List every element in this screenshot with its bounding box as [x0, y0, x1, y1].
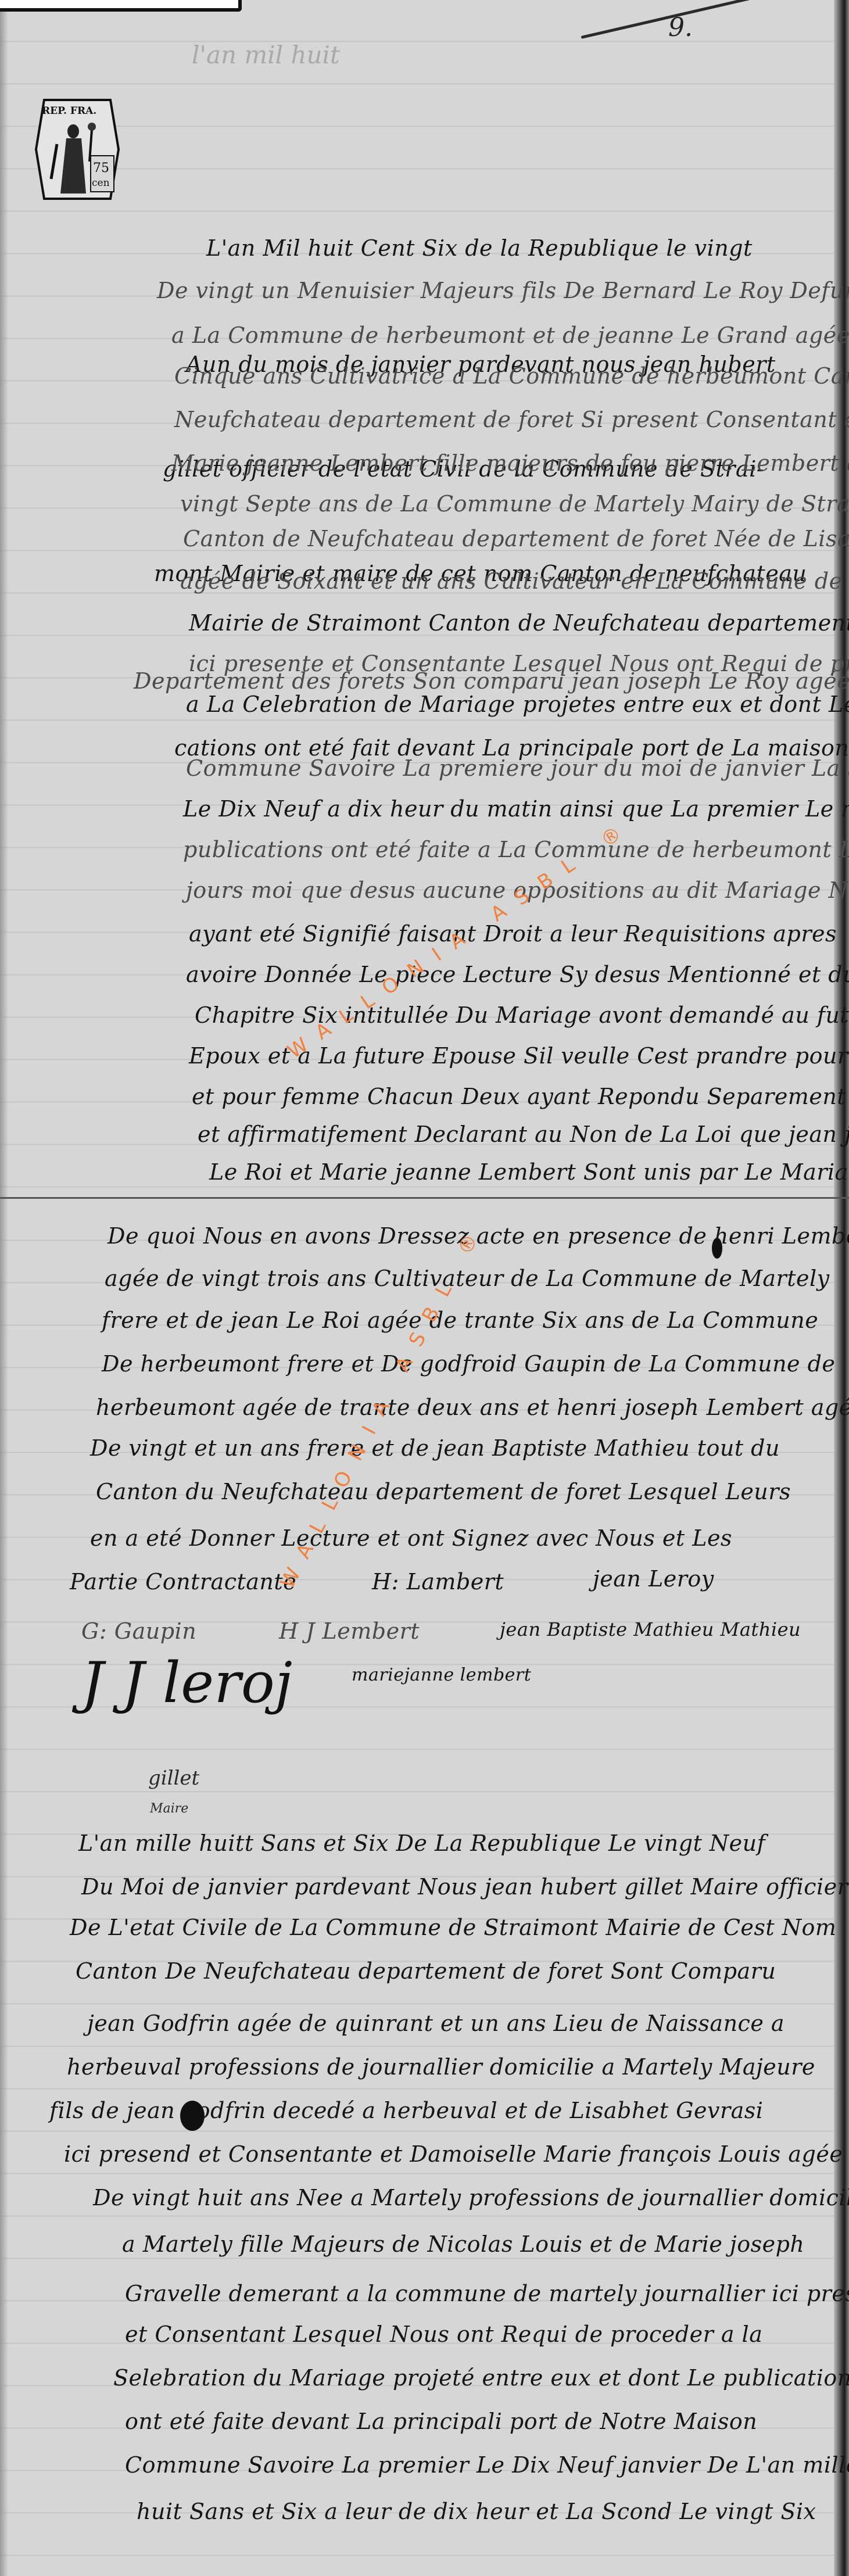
- text-line: Partie Contractante: [70, 1569, 296, 1595]
- signature-marie-jeanne-lembert: mariejanne lembert: [352, 1665, 531, 1685]
- page-edge-shadow: [0, 1199, 8, 2576]
- text-line: Canton de Neufchateau departement de for…: [183, 526, 849, 551]
- stamp-top-text: REP. FRA.: [42, 105, 96, 117]
- text-line: et Consentant Lesquel Nous ont Requi de …: [125, 2321, 762, 2347]
- text-line: Canton De Neufchateau departement de for…: [76, 1958, 776, 1984]
- faded-heading: l'an mil huit: [192, 41, 340, 69]
- text-line: avoire Donnée Le piece Lecture Sy desus …: [186, 962, 849, 987]
- text-line: agée de Soixant et un ans Cultivateur en…: [180, 568, 849, 594]
- signature-mathieu: jean Baptiste Mathieu Mathieu: [500, 1618, 801, 1640]
- text-line: frere et de jean Le Roi agée de trante S…: [102, 1307, 818, 1333]
- text-line: herbeuval professions de journallier dom…: [67, 2054, 815, 2080]
- text-line: Du Moi de janvier pardevant Nous jean hu…: [81, 1874, 848, 1900]
- text-line: Mairie de Straimont Canton de Neufchatea…: [189, 610, 849, 636]
- ink-blot: [712, 1238, 722, 1259]
- text-line: a La Celebration de Mariage projetes ent…: [186, 692, 849, 717]
- text-line: a La Commune de herbeumont et de jeanne …: [171, 323, 849, 348]
- text-line: ont eté faite devant La principali port …: [125, 2409, 757, 2434]
- text-line: Le Roi et Marie jeanne Lembert Sont unis…: [209, 1159, 849, 1185]
- text-line: publications ont eté faite a La Commune …: [183, 837, 849, 862]
- signature-jj-leroy: J J leroj: [81, 1650, 292, 1715]
- text-line: De L'etat Civile de La Commune de Straim…: [70, 1915, 836, 1940]
- text-line: Commune Savoire La premiere jour du moi …: [186, 755, 849, 781]
- signature-gaupin: G: Gaupin: [81, 1618, 196, 1644]
- officer-signature-gillet: gillet: [148, 1767, 199, 1790]
- text-line: et affirmatifement Declarant au Non de L…: [198, 1122, 849, 1147]
- text-line: Chapitre Six intitullée Du Mariage avont…: [195, 1002, 849, 1028]
- text-line: Le Dix Neuf a dix heur du matin ainsi qu…: [183, 796, 849, 822]
- officer-note: Maire: [150, 1801, 188, 1816]
- ink-blot: [180, 2101, 205, 2131]
- text-line: Canton du Neufchateau departement de for…: [96, 1479, 791, 1504]
- svg-text:75: 75: [93, 161, 109, 175]
- page-edge-shadow: [0, 0, 8, 1197]
- text-line: ici presente et Consentante Lesquel Nous…: [189, 651, 849, 676]
- text-line: L'an Mil huit Cent Six de la Republique …: [206, 235, 753, 261]
- text-line: Marie jeanne Lembert fille majeurs de fe…: [171, 450, 849, 476]
- signature-lambert: H: Lambert: [372, 1569, 504, 1595]
- svg-text:cen: cen: [92, 177, 110, 189]
- text-line: Neufchateau departement de foret Si pres…: [174, 407, 849, 432]
- text-line: De vingt et un ans frere et de jean Bapt…: [90, 1435, 780, 1461]
- text-line: Gravelle demerant a la commune de martel…: [125, 2281, 849, 2306]
- text-line: ayant eté Signifié faisant Droit a leur …: [189, 921, 837, 947]
- text-line: Cinque ans Cultivatrice a La Commune de …: [174, 363, 849, 389]
- text-line: a Martely fille Majeurs de Nicolas Louis…: [122, 2231, 804, 2257]
- text-line: L'an mille huitt Sans et Six De La Repub…: [78, 1830, 765, 1856]
- signature-hj-lembert: H J Lembert: [279, 1618, 420, 1644]
- text-line: et pour femme Chacun Deux ayant Repondu …: [192, 1084, 846, 1109]
- text-line: fils de jean godfrin decedé a herbeuval …: [49, 2098, 763, 2123]
- text-line: Commune Savoire La premier Le Dix Neuf j…: [125, 2452, 849, 2478]
- marianne-stamp-icon: REP. FRA. 75 cen: [34, 98, 121, 201]
- revenue-stamp: REP. FRA. 75 cen: [34, 98, 121, 201]
- text-line: huit Sans et Six a leur de dix heur et L…: [137, 2499, 816, 2524]
- text-line: jean Godfrin agée de quinrant et un ans …: [87, 2011, 784, 2036]
- text-line: Selebration du Mariage projeté entre eux…: [113, 2365, 849, 2391]
- blank-label-tab: [0, 0, 242, 12]
- text-line: en a eté Donner Lecture et ont Signez av…: [90, 1525, 732, 1551]
- text-line: herbeumont agée de trante deux ans et he…: [96, 1395, 849, 1420]
- text-line: ici presend et Consentante et Damoiselle…: [64, 2141, 843, 2167]
- text-line: De herbeumont frere et De godfroid Gaupi…: [102, 1351, 835, 1377]
- text-line: De vingt huit ans Nee a Martely professi…: [93, 2185, 849, 2210]
- text-line: vingt Septe ans de La Commune de Martely…: [180, 491, 849, 517]
- text-line: De vingt un Menuisier Majeurs fils De Be…: [157, 278, 849, 303]
- signature-jean-leroy: jean Leroy: [593, 1566, 714, 1592]
